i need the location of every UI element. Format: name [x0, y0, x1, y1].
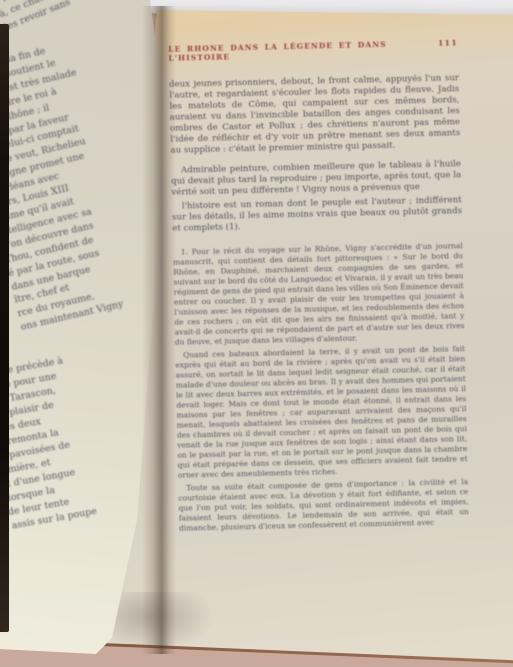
left-page-lower-text: nt Louis le précède àà sa suite pour une…: [0, 353, 98, 537]
body-paragraph-3: l'histoire est un roman dont le peuple e…: [172, 195, 463, 235]
book-photo: LE RHONE DANS LA LÉGENDE ET DANS L'HISTO…: [0, 0, 513, 667]
footnote-block: 1. Pour le récit du voyage sur le Rhône,…: [173, 241, 469, 534]
footnote-paragraph-1: 1. Pour le récit du voyage sur le Rhône,…: [173, 241, 465, 348]
footnote-paragraph-2: Quand ces bateaux abordaient la terre, i…: [175, 344, 468, 481]
body-paragraph-1: deux jeunes prisonniers, debout, le fron…: [169, 73, 461, 157]
cover-edge-strip: [0, 24, 9, 632]
right-page-content: LE RHONE DANS LA LÉGENDE ET DANS L'HISTO…: [168, 38, 469, 536]
running-header: LE RHONE DANS LA LÉGENDE ET DANS L'HISTO…: [168, 38, 458, 63]
left-page-corner-text: y revenir tousà, ce château versles revo…: [0, 0, 89, 35]
running-header-title: LE RHONE DANS LA LÉGENDE ET DANS L'HISTO…: [168, 39, 412, 63]
footnote-paragraph-3: Toute sa suite était composée de gens d'…: [178, 477, 469, 534]
page-number: 111: [438, 38, 458, 47]
body-paragraph-2: Admirable peinture, combien meilleure qu…: [171, 159, 462, 199]
left-page-upper-text: voici, sur la fin dee Rhône soutient lea…: [0, 39, 131, 335]
gutter-shadow: [108, 592, 213, 650]
